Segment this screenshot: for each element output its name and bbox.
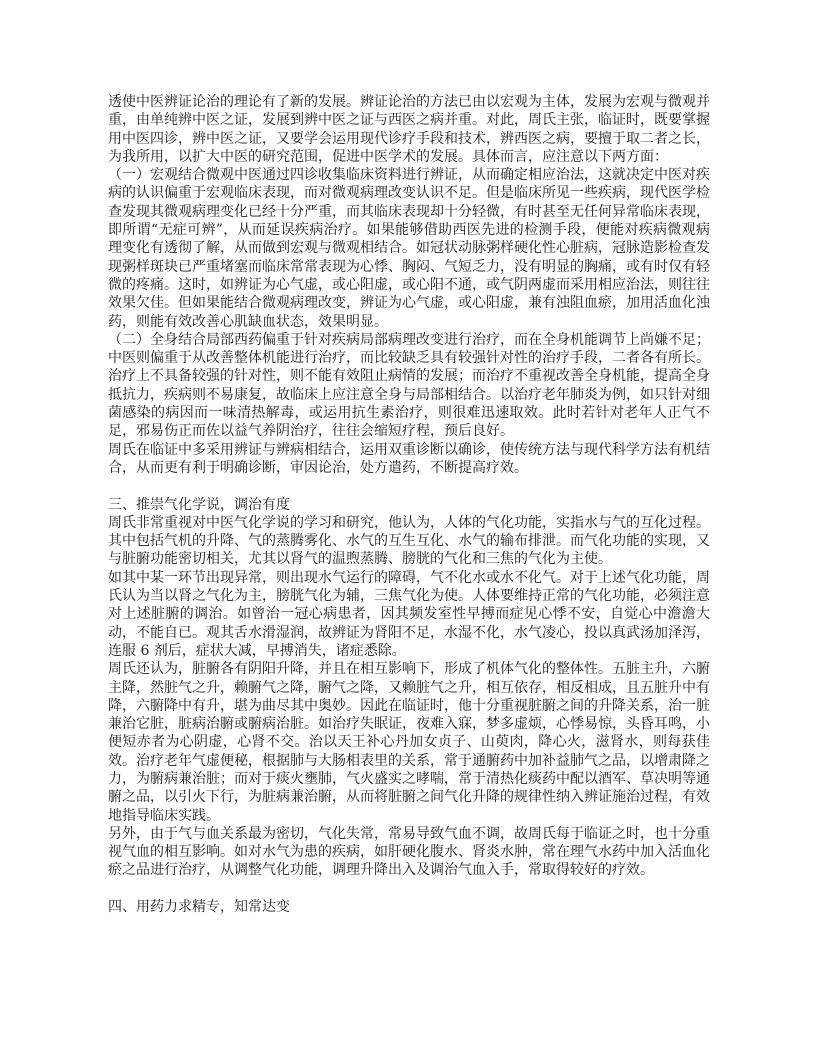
spacer [108,880,710,898]
subsection-whole-local: （二）全身结合局部西药偏重于针对疾病局部病理改变进行治疗，而在全身机能调节上尚嫌… [108,331,710,441]
subsection-macro-micro: （一）宏观结合微观中医通过四诊收集临床资料进行辨证，从而确定相应治法，这就决定中… [108,166,710,331]
summary-paragraph: 周氏在临证中多采用辨证与辨病相结合，运用双重诊断以确诊，使传统方法与现代科学方法… [108,441,710,478]
section-three-paragraph: 周氏非常重视对中医气化学说的学习和研究，他认为，人体的气化功能，实指水与气的互化… [108,514,710,569]
intro-paragraph: 透使中医辨证论治的理论有了新的发展。辨证论治的方法已由以宏观为主体，发展为宏观与… [108,93,710,166]
spacer [108,477,710,495]
section-three-heading: 三、推崇气化学说，调治有度 [108,496,710,514]
section-four-heading: 四、用药力求精专，知常达变 [108,898,710,916]
section-three-paragraph: 如其中某一环节出现异常，则出现水气运行的障碍，气不化水或水不化气。对于上述气化功… [108,569,710,660]
section-three-paragraph: 另外，由于气与血关系最为密切，气化失常，常易导致气血不调，故周氏每于临证之时，也… [108,825,710,880]
section-three-paragraph: 周氏还认为，脏腑各有阴阳升降，并且在相互影响下，形成了机体气化的整体性。五脏主升… [108,660,710,825]
document-page: 透使中医辨证论治的理论有了新的发展。辨证论治的方法已由以宏观为主体，发展为宏观与… [108,93,710,916]
